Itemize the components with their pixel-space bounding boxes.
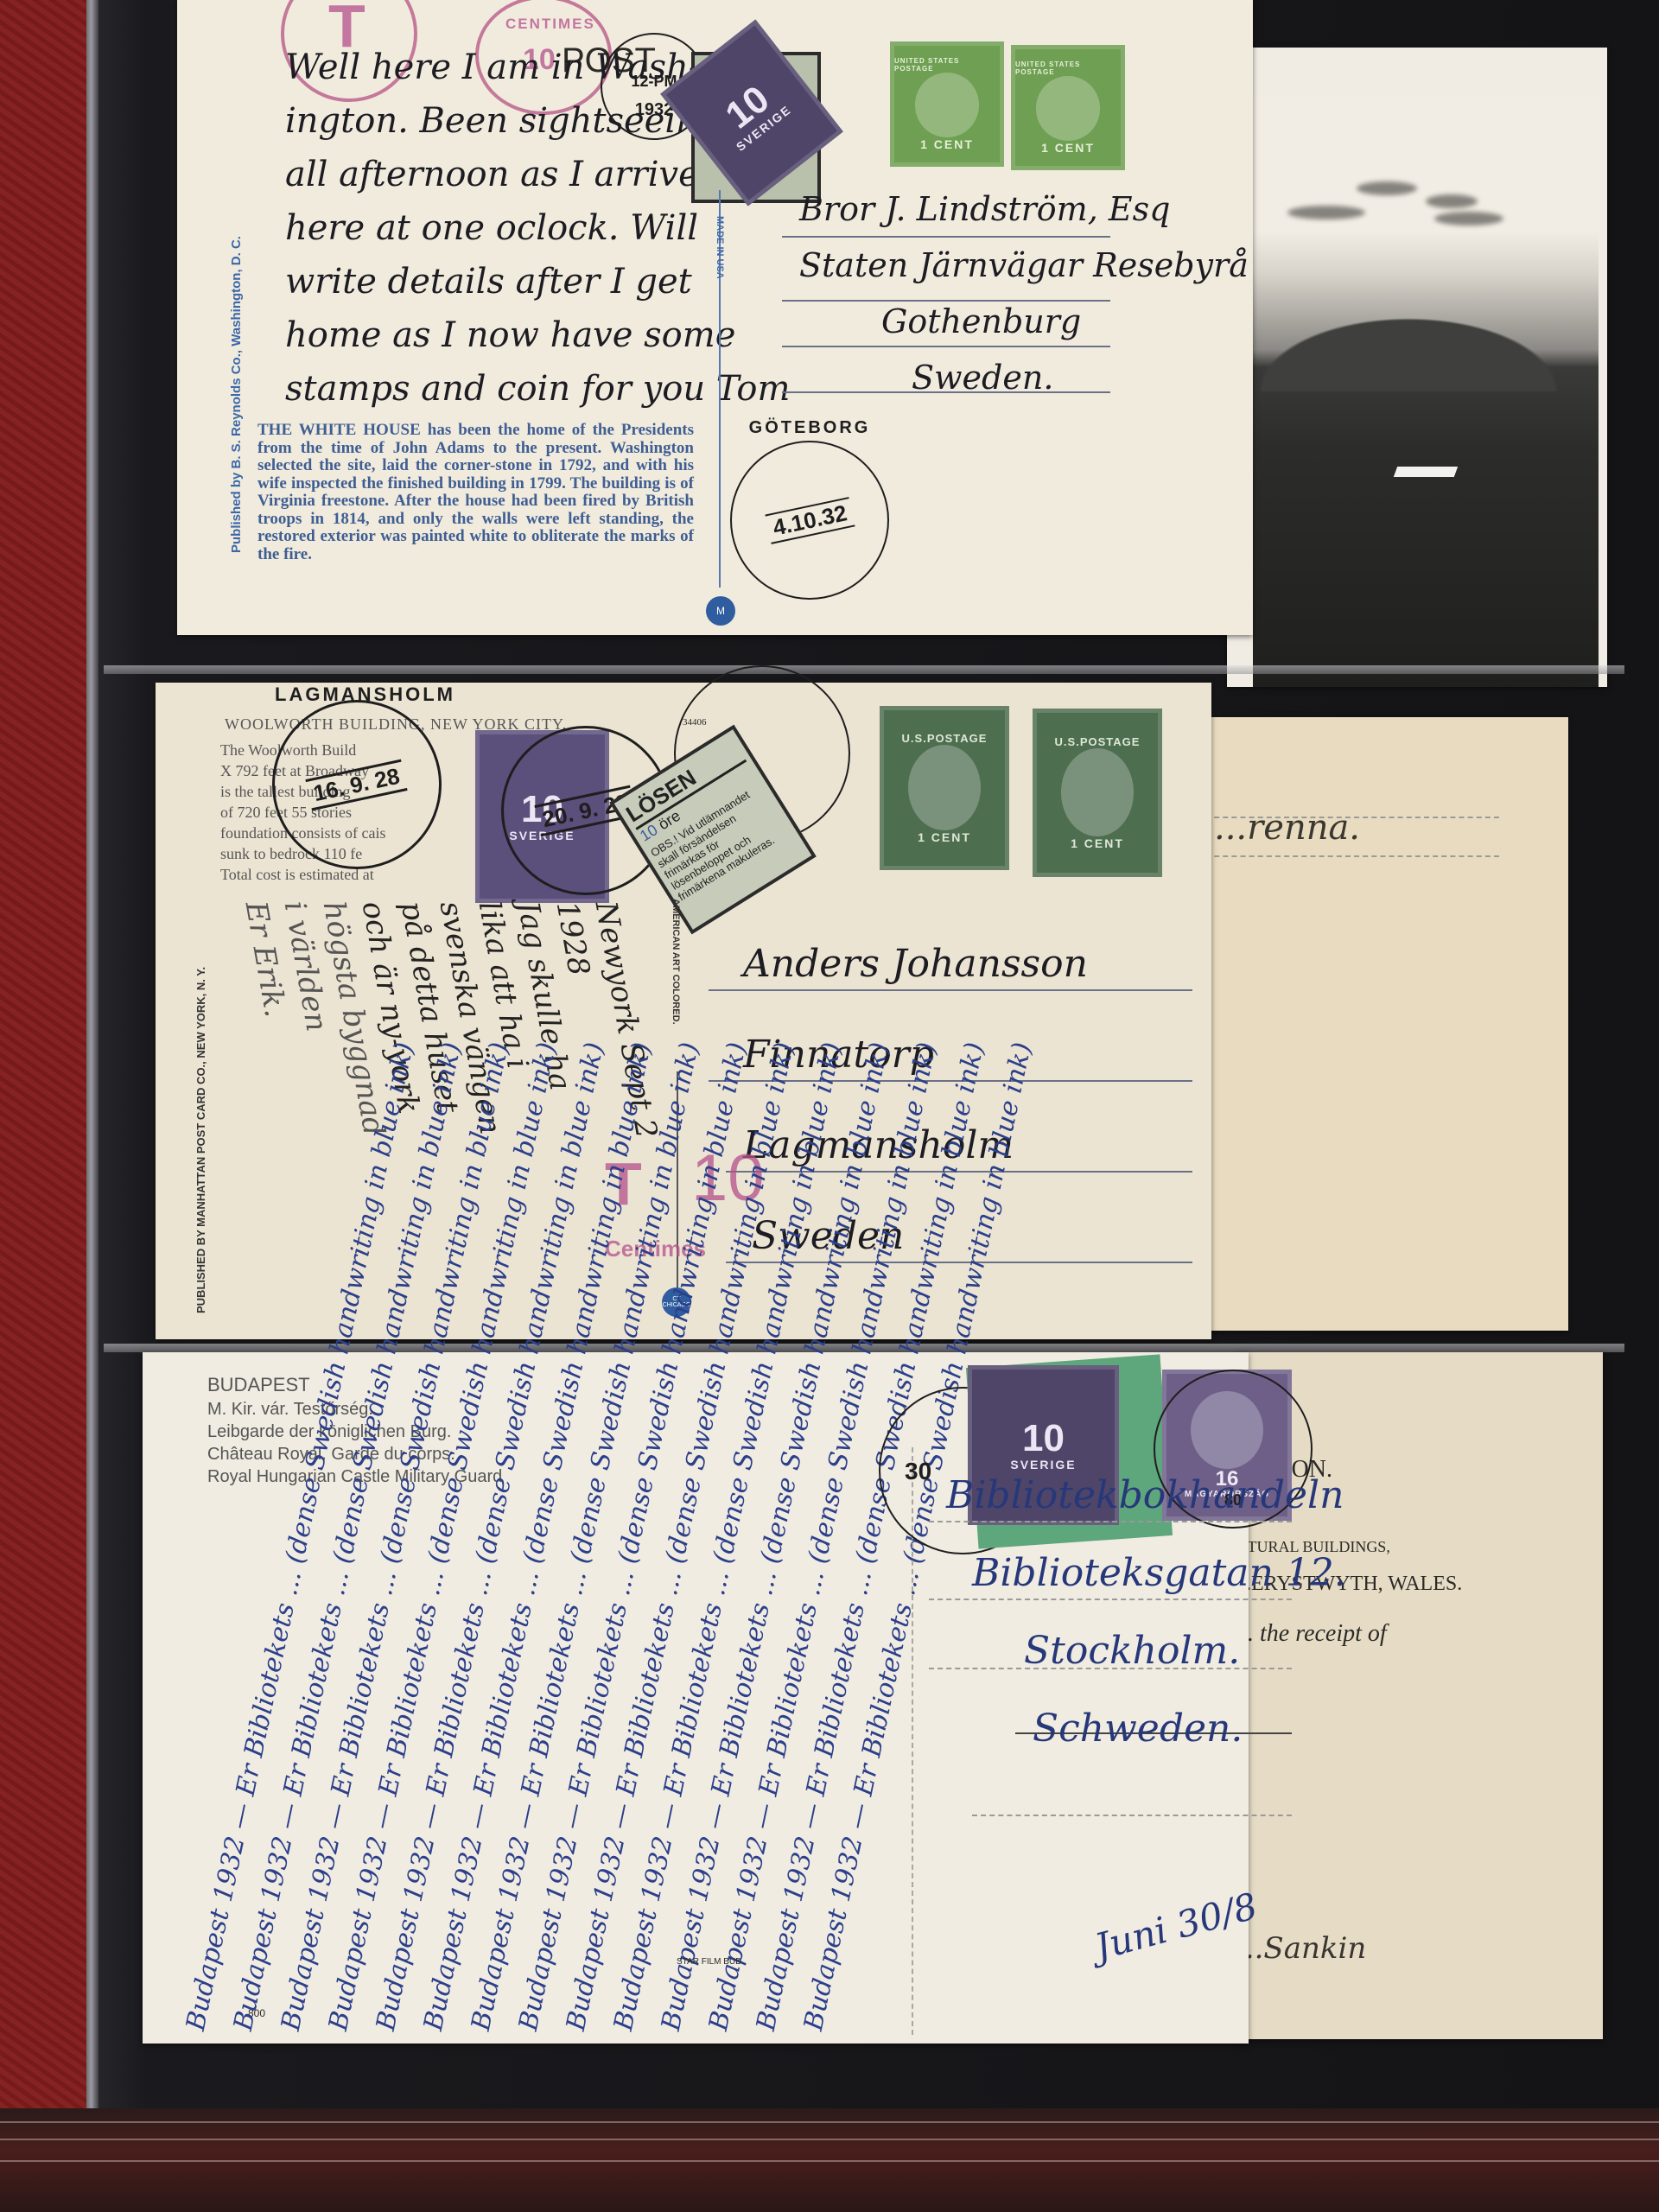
text-line: here at one oclock. Will	[285, 208, 698, 248]
partial-postcard-middle-right: ...renna.	[1205, 717, 1568, 1331]
us-1-cent-washington-stamp-2: U.S.POSTAGE 1 CENT	[1033, 709, 1162, 877]
us-1-cent-stamp-1: UNITED STATES POSTAGE 1 CENT	[890, 41, 1004, 167]
washington-portrait	[908, 745, 981, 830]
side-print: AMERICAN ART COLORED.	[671, 899, 681, 1063]
goteborg-arrival-cancel: GÖTEBORG 4.10.32	[730, 441, 889, 600]
washington-portrait	[1061, 748, 1134, 836]
mountain-silhouette	[1253, 273, 1599, 391]
text-line: home as I now have some	[285, 315, 735, 355]
print-title: BUDAPEST	[207, 1374, 310, 1396]
text-line: Bibliotekbokhandeln	[946, 1473, 1344, 1517]
text-line: Staten Järnvägar Resebyrå	[799, 246, 1249, 284]
text-line: Anders Johansson	[743, 942, 1088, 986]
due-ring-text: CENTIMES	[505, 16, 595, 33]
sleeve-edge	[104, 665, 1624, 674]
us-1-cent-stamp-2: UNITED STATES POSTAGE 1 CENT	[1011, 45, 1125, 170]
text-line: ington. Been sightseeing	[285, 101, 721, 141]
text-line: ... the receipt of	[1236, 1620, 1387, 1648]
made-in-usa: MADE IN USA	[715, 216, 725, 302]
text-line: Bror J. Lindström, Esq	[799, 190, 1170, 228]
landscape-photo	[1253, 95, 1599, 687]
text-line: write details after I get	[285, 262, 692, 302]
text-line: Biblioteksgatan 12.	[972, 1551, 1346, 1595]
us-1-cent-washington-stamp-1: U.S.POSTAGE 1 CENT	[880, 706, 1009, 870]
text-line: Stockholm.	[1024, 1629, 1240, 1673]
publisher-line: PUBLISHED BY MANHATTAN POST CARD CO., NE…	[194, 795, 207, 1313]
text-line: Sweden.	[912, 359, 1053, 397]
publisher-logo: M	[706, 596, 735, 626]
text-line: stamps and coin for you Tom	[285, 369, 790, 409]
text-line: all afternoon as I arrived	[285, 155, 721, 194]
publisher-line: Published by B. S. Reynolds Co., Washing…	[229, 52, 244, 553]
lagmansholm-cancel-1: LAGMANSHOLM 16. 9. 28	[272, 700, 442, 869]
text-line: Well here I am in Wash-	[285, 48, 700, 87]
partial-handwriting: ...renna.	[1214, 808, 1360, 848]
star-film-logo: STAR FILM BUD.	[677, 1957, 744, 1967]
white-house-postcard: Published by B. S. Reynolds Co., Washing…	[177, 0, 1253, 635]
budapest-postcard: BUDAPEST M. Kir. vár. Testőrség.Leibgard…	[143, 1352, 1249, 2044]
photo-postcard	[1227, 48, 1607, 687]
white-house-caption: THE WHITE HOUSE has been the home of the…	[257, 422, 694, 563]
shelter-roof	[1394, 467, 1458, 477]
album-bottom-edge	[0, 2108, 1659, 2212]
franklin-portrait	[915, 73, 978, 137]
album-page-edge	[86, 0, 99, 2160]
date-annotation: Juni 30/8	[1090, 1885, 1262, 1968]
franklin-portrait	[1036, 76, 1099, 140]
signature: ...Sankin	[1236, 1931, 1366, 1966]
text-line: Schweden.	[1033, 1707, 1243, 1751]
text-line: Gothenburg	[881, 302, 1081, 340]
